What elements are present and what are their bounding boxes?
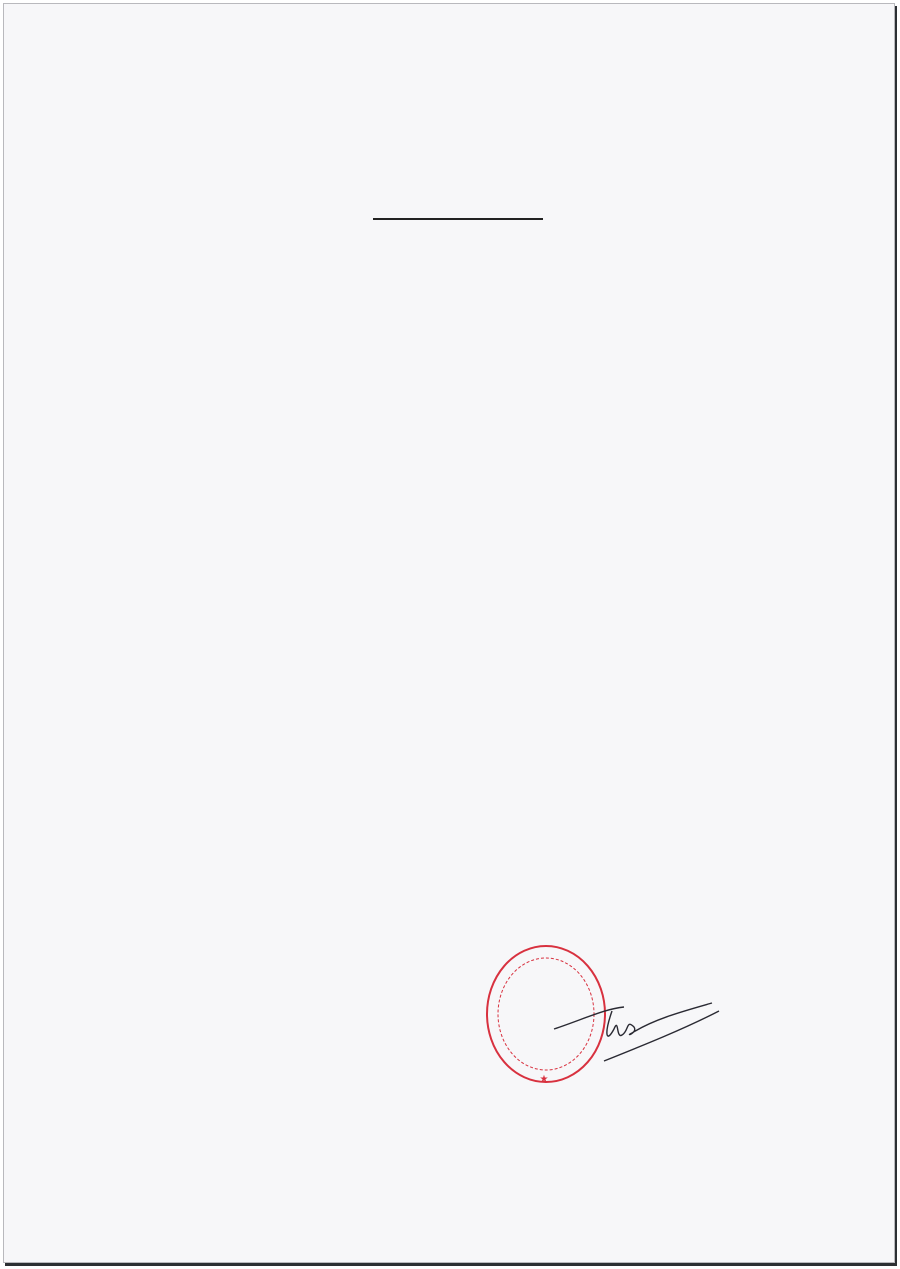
place-and-date	[424, 98, 864, 124]
national-header	[424, 82, 864, 124]
issuing-agency-header	[144, 82, 444, 105]
handwritten-number	[288, 80, 300, 105]
handwritten-month	[644, 98, 650, 122]
document-page: ★	[3, 3, 895, 1263]
title-divider	[373, 218, 543, 220]
document-number	[144, 82, 444, 105]
handwritten-signature	[544, 989, 724, 1069]
svg-text:★: ★	[540, 1074, 549, 1085]
